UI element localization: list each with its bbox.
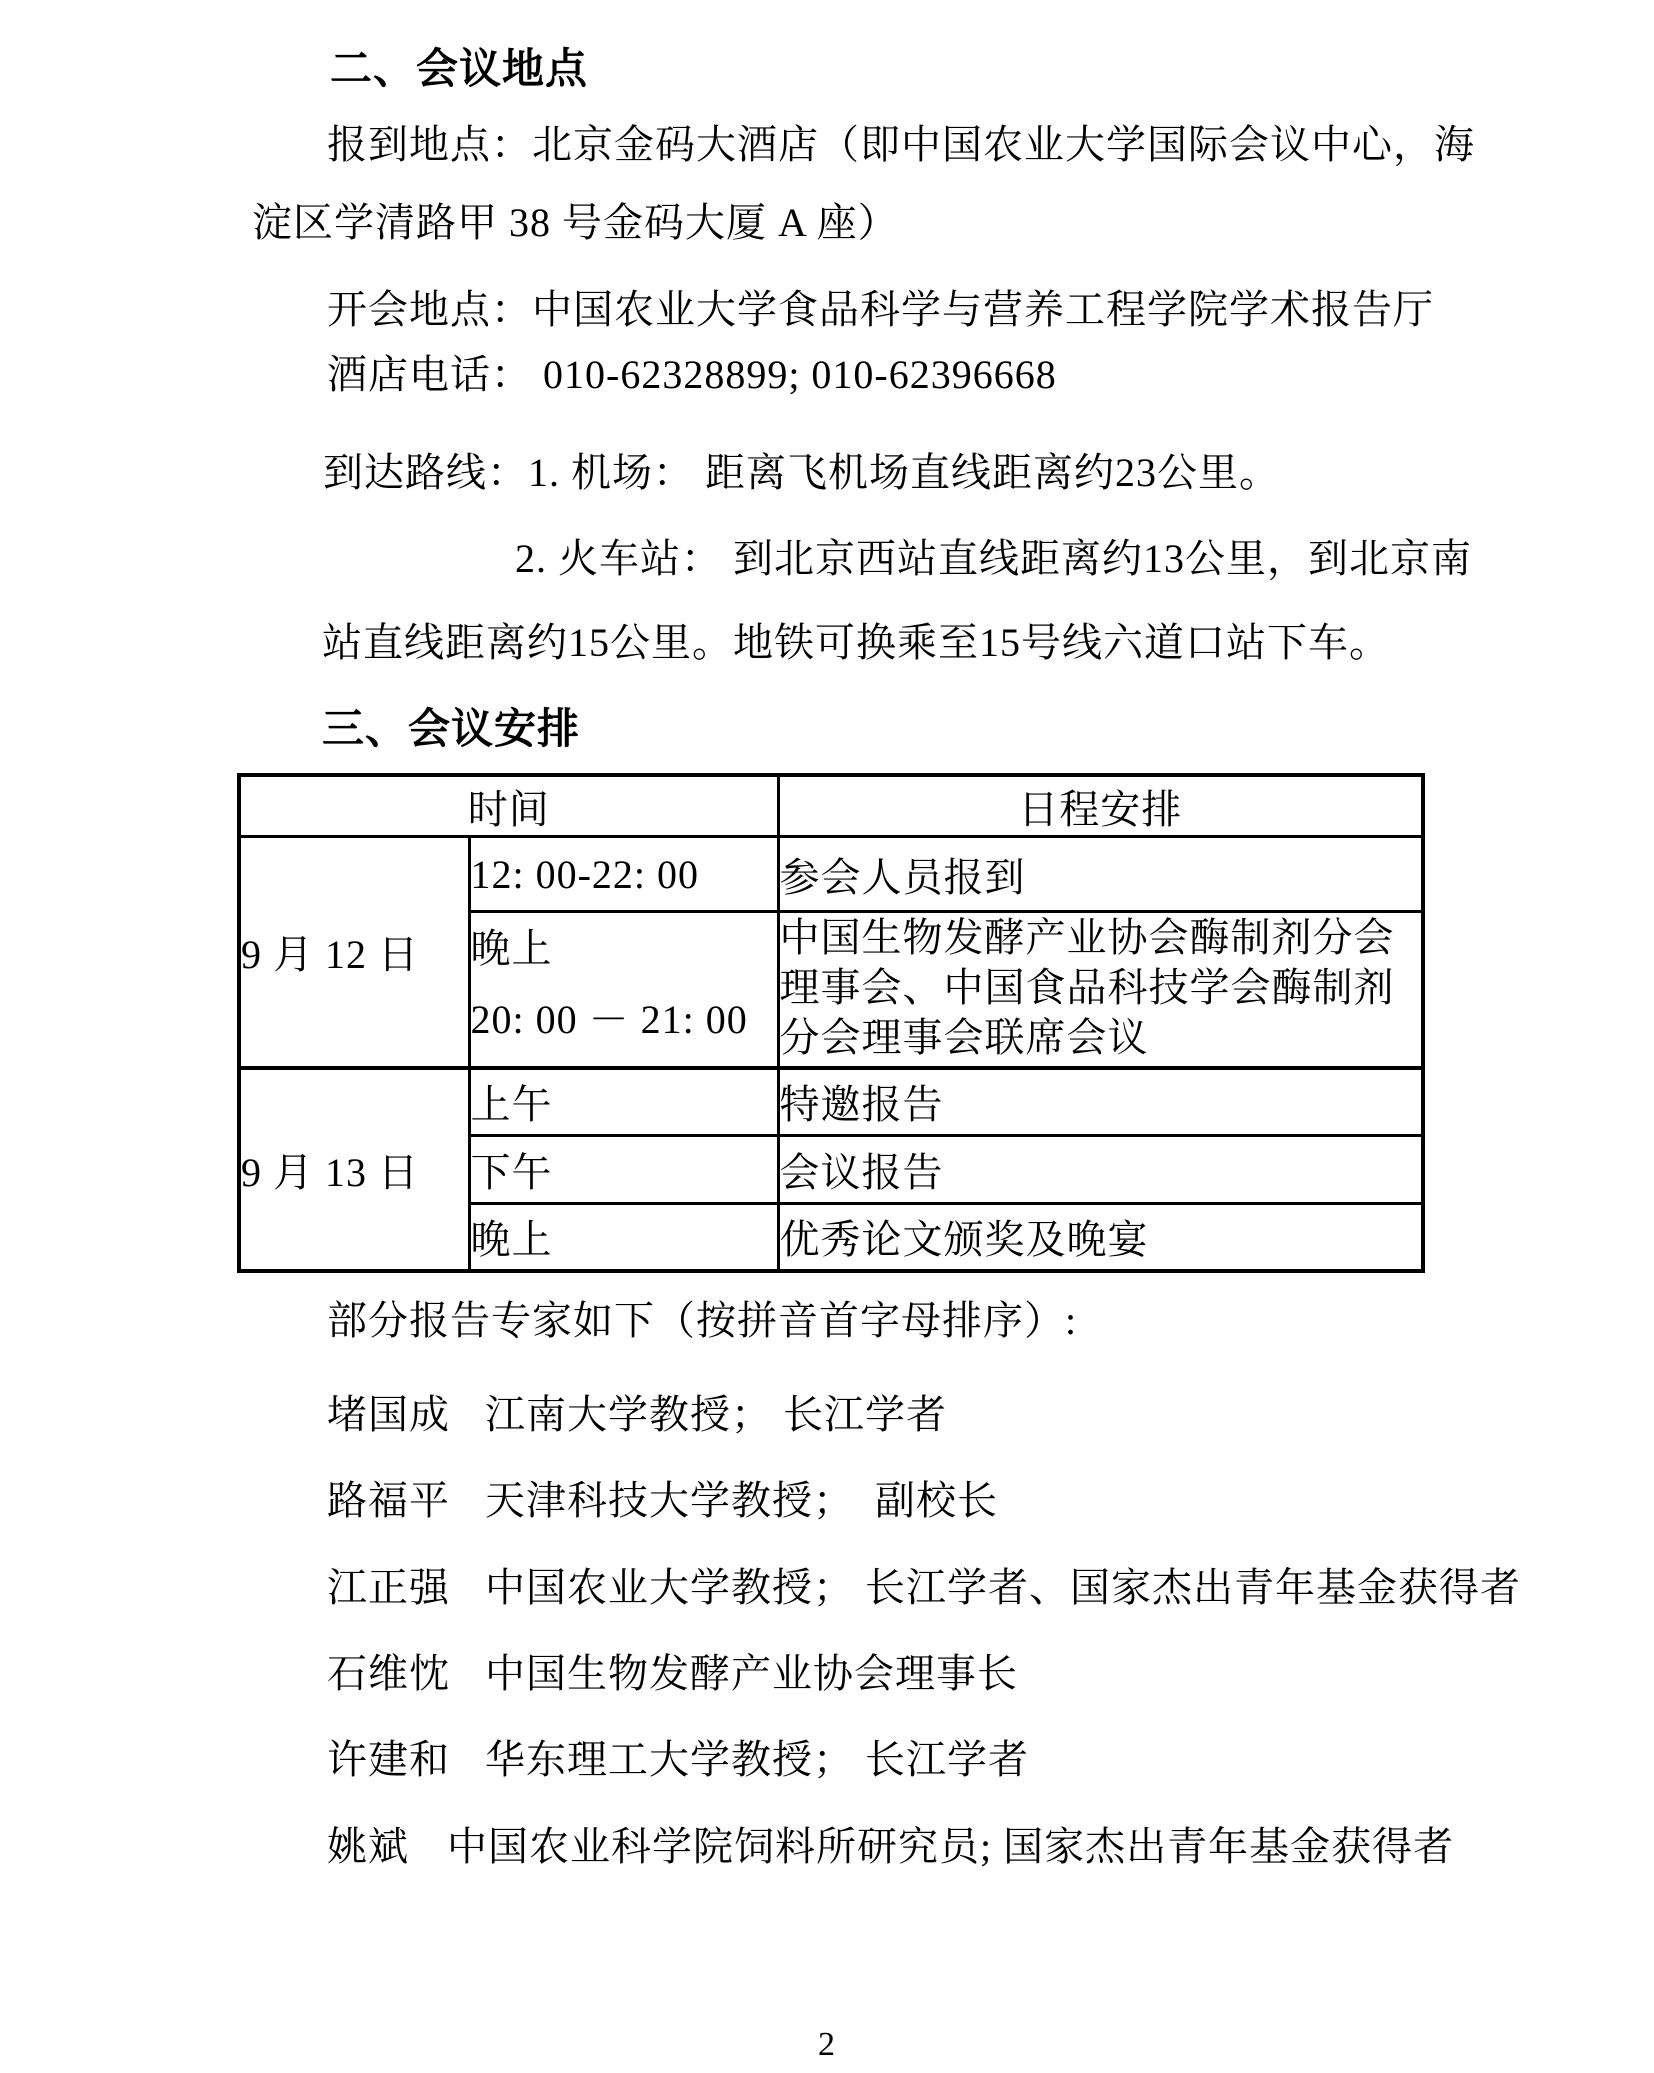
cell-date-sep12: 9 月 12 日 xyxy=(239,837,469,1068)
cell-time-evening-meeting: 晚上 20: 00 － 21: 00 xyxy=(469,912,778,1068)
expert-name: 石维忱 xyxy=(327,1642,485,1699)
body-line-hotel-phone: 酒店电话： 010-62328899; 010-62396668 xyxy=(327,352,1057,398)
body-line-checkin-location-cont: 淀区学清路甲 38 号金码大厦 A 座） xyxy=(252,200,899,246)
schedule-row-3: 9 月 13 日 上午 特邀报告 xyxy=(239,1068,1423,1136)
document-page: 二、会议地点 报到地点：北京金码大酒店（即中国农业大学国际会议中心，海 淀区学清… xyxy=(0,0,1654,2073)
expert-name: 许建和 xyxy=(327,1728,485,1785)
expert-row: 江正强 中国农业大学教授； 长江学者、国家杰出青年基金获得者 xyxy=(327,1556,1521,1613)
section-heading-schedule: 三、会议安排 xyxy=(322,706,580,752)
evening-label: 晚上 xyxy=(471,913,777,984)
body-line-route-train: 2. 火车站： 到北京西站直线距离约13公里，到北京南 xyxy=(515,536,1472,582)
section-heading-location: 二、会议地点 xyxy=(330,46,588,92)
expert-desc: 中国农业大学教授； 长江学者、国家杰出青年基金获得者 xyxy=(485,1556,1521,1613)
expert-desc: 中国生物发酵产业协会理事长 xyxy=(485,1642,1018,1699)
body-line-meeting-venue: 开会地点：中国农业大学食品科学与营养工程学院学术报告厅 xyxy=(327,287,1434,333)
header-cell-agenda: 日程安排 xyxy=(778,775,1423,837)
expert-name: 姚斌 xyxy=(327,1815,447,1872)
expert-name: 江正强 xyxy=(327,1556,485,1613)
expert-row: 堵国成 江南大学教授； 长江学者 xyxy=(327,1383,947,1440)
expert-row: 石维忱 中国生物发酵产业协会理事长 xyxy=(327,1642,1018,1699)
cell-agenda-joint-council: 中国生物发酵产业协会酶制剂分会理事会、中国食品科技学会酶制剂分会理事会联席会议 xyxy=(778,912,1423,1068)
cell-time-registration: 12: 00-22: 00 xyxy=(469,837,778,912)
evening-time-range: 20: 00 － 21: 00 xyxy=(471,984,777,1055)
expert-name: 堵国成 xyxy=(327,1383,485,1440)
expert-desc: 华东理工大学教授； 长江学者 xyxy=(485,1728,1029,1785)
expert-desc: 江南大学教授； 长江学者 xyxy=(485,1383,947,1440)
body-line-checkin-location: 报到地点：北京金码大酒店（即中国农业大学国际会议中心，海 xyxy=(327,122,1475,168)
expert-name: 路福平 xyxy=(327,1469,485,1526)
cell-agenda-conference-reports: 会议报告 xyxy=(778,1136,1423,1204)
expert-row: 路福平 天津科技大学教授； 副校长 xyxy=(327,1469,998,1526)
expert-row: 姚斌 中国农业科学院饲料所研究员; 国家杰出青年基金获得者 xyxy=(327,1815,1454,1872)
cell-agenda-invited-reports: 特邀报告 xyxy=(778,1068,1423,1136)
body-line-route-airport: 到达路线：1. 机场： 距离飞机场直线距离约23公里。 xyxy=(323,450,1280,496)
cell-date-sep13: 9 月 13 日 xyxy=(239,1068,469,1271)
expert-desc: 中国农业科学院饲料所研究员; 国家杰出青年基金获得者 xyxy=(447,1815,1454,1872)
expert-row: 许建和 华东理工大学教授； 长江学者 xyxy=(327,1728,1029,1785)
header-cell-time: 时间 xyxy=(239,775,778,837)
schedule-header-row: 时间 日程安排 xyxy=(239,775,1423,837)
expert-desc: 天津科技大学教授； 副校长 xyxy=(485,1469,998,1526)
schedule-row-1: 9 月 12 日 12: 00-22: 00 参会人员报到 xyxy=(239,837,1423,912)
cell-agenda-awards-banquet: 优秀论文颁奖及晚宴 xyxy=(778,1204,1423,1271)
page-number: 2 xyxy=(818,2026,835,2064)
body-line-route-train-cont: 站直线距离约15公里。地铁可换乘至15号线六道口站下车。 xyxy=(322,620,1390,666)
cell-time-morning: 上午 xyxy=(469,1068,778,1136)
experts-intro: 部分报告专家如下（按拼音首字母排序）: xyxy=(327,1298,1077,1344)
cell-agenda-registration: 参会人员报到 xyxy=(778,837,1423,912)
cell-time-evening2: 晚上 xyxy=(469,1204,778,1271)
schedule-table: 时间 日程安排 9 月 12 日 12: 00-22: 00 参会人员报到 晚上… xyxy=(237,773,1425,1273)
cell-time-afternoon: 下午 xyxy=(469,1136,778,1204)
